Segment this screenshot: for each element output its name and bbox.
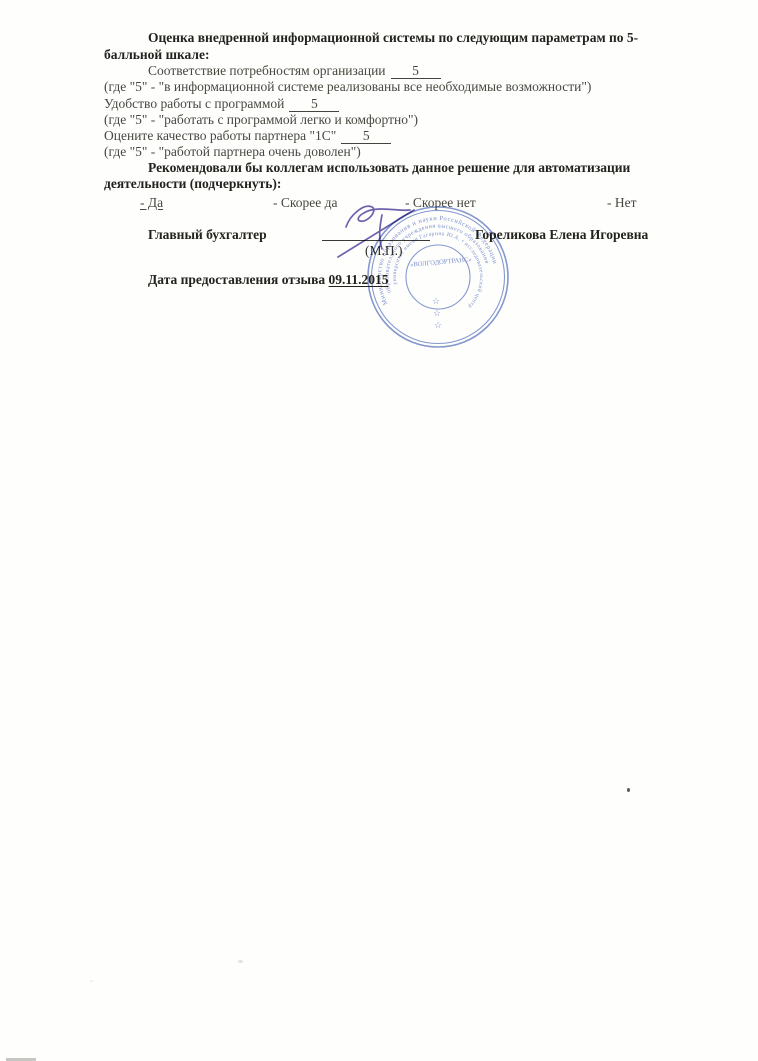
- stamp-placeholder: (М.П.): [365, 243, 403, 259]
- signature-line: [322, 226, 430, 241]
- option-rather-yes: - Скорее да: [273, 195, 337, 211]
- scan-speck: [90, 980, 93, 982]
- signer-role: Главный бухгалтер: [148, 227, 267, 243]
- rating-value-fit: 5: [391, 64, 441, 79]
- stamp-star-icon: ☆: [434, 320, 442, 330]
- recommend-line-1: Рекомендовали бы коллегам использовать д…: [148, 160, 630, 176]
- scanned-document-page: Оценка внедренной информационной системы…: [0, 0, 758, 1061]
- rating-row-partner: Оцените качество работы партнера "1С"5: [104, 128, 391, 144]
- rating-row-fit: Соответствие потребностям организации5: [148, 63, 441, 79]
- date-row: Дата предоставления отзыва 09.11.2015: [148, 272, 389, 288]
- rating-label-fit: Соответствие потребностям организации: [148, 63, 386, 78]
- rating-label-partner: Оцените качество работы партнера "1С": [104, 128, 336, 143]
- stamp-center-text: «ВОЛГОДОРТРАНС»: [410, 256, 472, 268]
- rating-note-partner: (где "5" - "работой партнера очень довол…: [104, 144, 361, 160]
- option-yes: - Да: [140, 195, 163, 211]
- scan-speck: [238, 960, 243, 963]
- rating-value-partner: 5: [341, 129, 391, 144]
- rating-value-usability: 5: [289, 97, 339, 112]
- recommend-line-2: деятельности (подчеркнуть):: [104, 176, 281, 192]
- title-line-2: балльной шкале:: [104, 47, 210, 63]
- rating-note-fit: (где "5" - "в информационной системе реа…: [104, 79, 591, 95]
- stamp-star-icon: ☆: [433, 308, 441, 318]
- scan-speck: [627, 788, 630, 792]
- stamp-star-icon: ☆: [432, 296, 440, 306]
- date-value: 09.11.2015: [329, 272, 389, 287]
- option-rather-no: - Скорее нет: [405, 195, 476, 211]
- rating-row-usability: Удобство работы с программой5: [104, 96, 339, 112]
- date-label: Дата предоставления отзыва: [148, 272, 325, 287]
- rating-note-usability: (где "5" - "работать с программой легко …: [104, 112, 418, 128]
- option-no: - Нет: [607, 195, 637, 211]
- signer-name: Гореликова Елена Игоревна: [475, 227, 648, 243]
- title-line-1: Оценка внедренной информационной системы…: [148, 30, 638, 46]
- rating-label-usability: Удобство работы с программой: [104, 96, 284, 111]
